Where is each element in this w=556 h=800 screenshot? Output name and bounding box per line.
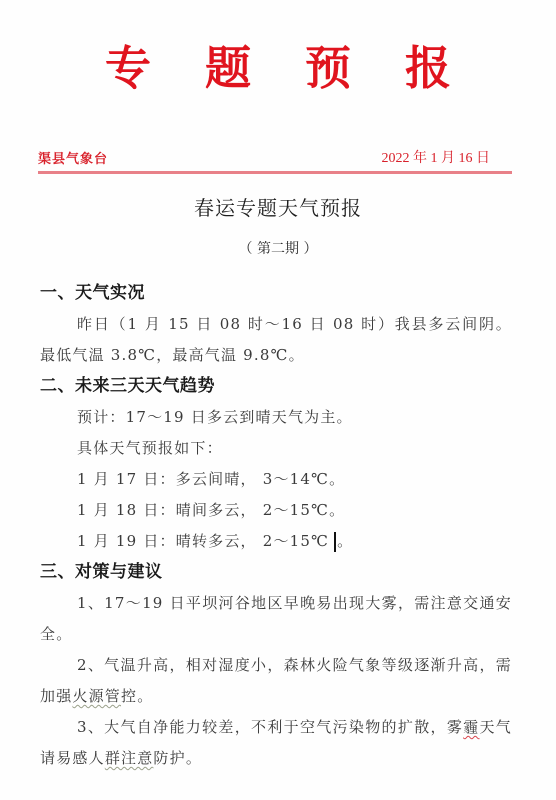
forecast-weather: 晴间多云，: [176, 501, 257, 519]
forecast-row: 1 月 18 日：晴间多云， 2～15℃。: [40, 495, 512, 526]
forecast-temp: 2～15℃: [263, 501, 329, 519]
advice-item: 3、大气自净能力较差，不利于空气污染物的扩散，雾霾天气请易感人群注意防护。: [40, 712, 512, 774]
observations-paragraph: 昨日（1 月 15 日 08 时～16 日 08 时）我县多云间阴。最低气温 3…: [40, 309, 512, 371]
advice-text: 3、大气自净能力较差，不利于空气污染物的扩散，雾: [77, 718, 463, 736]
forecast-end: 。: [337, 532, 353, 550]
forecast-weather: 晴转多云，: [176, 532, 257, 550]
forecast-temp: 3～14℃: [263, 470, 329, 488]
issuer-name: 渠县气象台: [38, 148, 108, 167]
forecast-row: 1 月 17 日：多云间晴， 3～14℃。: [40, 464, 512, 495]
issue-date: 2022 年 1 月 16 日: [382, 147, 491, 167]
document-title: 春运专题天气预报: [0, 192, 556, 221]
forecast-end: 。: [329, 470, 345, 488]
issuer-row: 渠县气象台 2022 年 1 月 16 日: [38, 146, 514, 168]
masthead-divider: [38, 171, 512, 174]
forecast-temp: 2～15℃: [263, 532, 329, 550]
trend-intro: 预计：17～19 日多云到晴天气为主。: [40, 402, 512, 433]
advice-text: 防护。: [153, 749, 202, 767]
forecast-end: 。: [329, 501, 345, 519]
masthead-char: 专: [105, 38, 151, 98]
document-body[interactable]: 一、天气实况 昨日（1 月 15 日 08 时～16 日 08 时）我县多云间阴…: [40, 278, 512, 774]
masthead-char: 预: [305, 38, 351, 98]
forecast-weather: 多云间晴，: [176, 470, 257, 488]
forecast-date: 1 月 19 日：: [77, 532, 176, 550]
section-heading-advice: 三、对策与建议: [40, 557, 512, 588]
text-cursor: [334, 532, 336, 552]
masthead-char: 题: [205, 38, 251, 98]
advice-item: 1、17～19 日平坝河谷地区早晚易出现大雾，需注意交通安全。: [40, 588, 512, 650]
document-page: 专 题 预 报 渠县气象台 2022 年 1 月 16 日 春运专题天气预报 （…: [0, 0, 556, 800]
spelling-flag[interactable]: 霾: [463, 718, 479, 736]
forecast-row: 1 月 19 日：晴转多云， 2～15℃。: [40, 526, 512, 557]
masthead-title: 专 题 预 报: [0, 38, 556, 98]
advice-text: 控。: [121, 687, 153, 705]
masthead-char: 报: [405, 38, 451, 98]
section-heading-trend: 二、未来三天天气趋势: [40, 371, 512, 402]
advice-item: 2、气温升高，相对湿度小，森林火险气象等级逐渐升高，需加强火源管控。: [40, 650, 512, 712]
forecast-detail-label: 具体天气预报如下：: [40, 433, 512, 464]
grammar-flag[interactable]: 火源管: [72, 687, 121, 705]
section-heading-observations: 一、天气实况: [40, 278, 512, 309]
document-subtitle: （ 第二期 ）: [0, 238, 556, 258]
forecast-date: 1 月 17 日：: [77, 470, 176, 488]
forecast-date: 1 月 18 日：: [77, 501, 176, 519]
grammar-flag[interactable]: 群注意: [105, 749, 154, 767]
